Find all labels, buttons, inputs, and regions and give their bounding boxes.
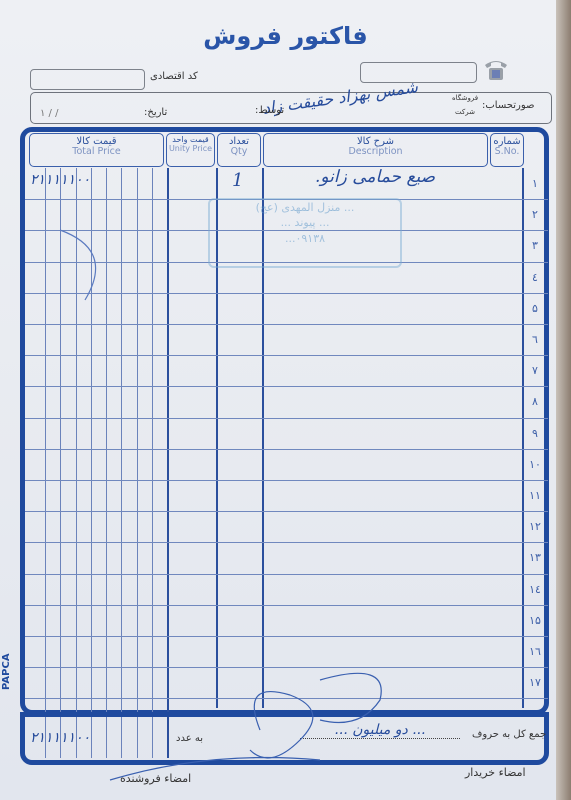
row-number: ۱۱ (520, 489, 550, 502)
row-divider (25, 605, 548, 606)
row-number: ٦ (520, 333, 550, 346)
table-surface-edge (556, 0, 571, 800)
row-number: ۳ (520, 239, 550, 252)
signature-scribble (90, 640, 420, 800)
bill-to-label: صورتحساب: (482, 100, 534, 111)
col-qty-en: Qty (218, 147, 260, 157)
store-label: فروشگاه (452, 94, 478, 102)
row-number: ۲ (520, 208, 550, 221)
total-in-words-label: جمع کل به حروف (472, 729, 546, 740)
stamp-line: ... پیوند ... (210, 215, 400, 230)
row-divider (25, 386, 548, 387)
invoice-title: فاکتور فروش (0, 22, 571, 50)
row-divider (25, 355, 548, 356)
stamp-line: ۰۹۱۳۸... (210, 231, 400, 246)
col-header-description: شرح کالا Description (263, 133, 488, 167)
phone-field[interactable] (360, 62, 477, 83)
stamp-line: ... منزل المهدی (عج) (210, 200, 400, 215)
col-header-unit-price: قیمت واحد Unity Price (166, 133, 215, 167)
row-divider (25, 542, 548, 543)
buyer-signature-label: امضاء خریدار (465, 766, 526, 779)
row-divider (25, 480, 548, 481)
row-divider (25, 324, 548, 325)
economic-code-field[interactable] (30, 69, 145, 90)
row-number: ۷ (520, 364, 550, 377)
row-number: ۱۵ (520, 614, 550, 627)
col-sno-en: S.No. (491, 147, 523, 157)
row-divider (25, 449, 548, 450)
row-number: ۱ (520, 177, 550, 190)
row-number: ١٤ (520, 583, 550, 596)
row-1-qty[interactable]: 1 (232, 170, 243, 191)
col-total-en: Total Price (30, 147, 163, 157)
col-header-qty: تعداد Qty (217, 133, 261, 167)
row-1-total-price[interactable]: ۲۱۱۱۱۱۰۰ (30, 172, 90, 188)
row-number: ۱۷ (520, 676, 550, 689)
row-number: ۹ (520, 427, 550, 440)
row-number: ۱٦ (520, 645, 550, 658)
divider (45, 168, 46, 758)
date-value[interactable]: / / ۱ (40, 108, 58, 119)
strike-mark (55, 225, 115, 305)
row-number: ۱۰ (520, 458, 550, 471)
col-desc-en: Description (264, 147, 487, 157)
shop-stamp: ... منزل المهدی (عج) ... پیوند ... ۰۹۱۳۸… (208, 198, 402, 268)
phone-icon (483, 58, 509, 82)
col-header-total-price: قیمت کالا Total Price (29, 133, 164, 167)
by-label: توسط: (255, 105, 284, 116)
row-divider (25, 418, 548, 419)
row-number: ۱۳ (520, 551, 550, 564)
row-number: ۱۲ (520, 520, 550, 533)
economic-code-label: کد اقتصادی (150, 71, 198, 82)
col-header-sno: شماره S.No. (490, 133, 524, 167)
row-1-description[interactable]: صیع حمامی زانو. (315, 167, 435, 187)
row-number: ۵ (520, 302, 550, 315)
row-divider (25, 574, 548, 575)
row-divider (25, 511, 548, 512)
row-number: ۸ (520, 395, 550, 408)
col-unit-en: Unity Price (167, 145, 214, 154)
brand-mark: PAPCA (1, 653, 12, 690)
company-label: شرکت (455, 108, 475, 116)
row-number: ٤ (520, 271, 550, 284)
row-divider (25, 636, 548, 637)
total-in-digits-value[interactable]: ۲۱۱۱۱۱۰۰ (30, 730, 90, 746)
date-label: تاریخ: (144, 107, 167, 118)
